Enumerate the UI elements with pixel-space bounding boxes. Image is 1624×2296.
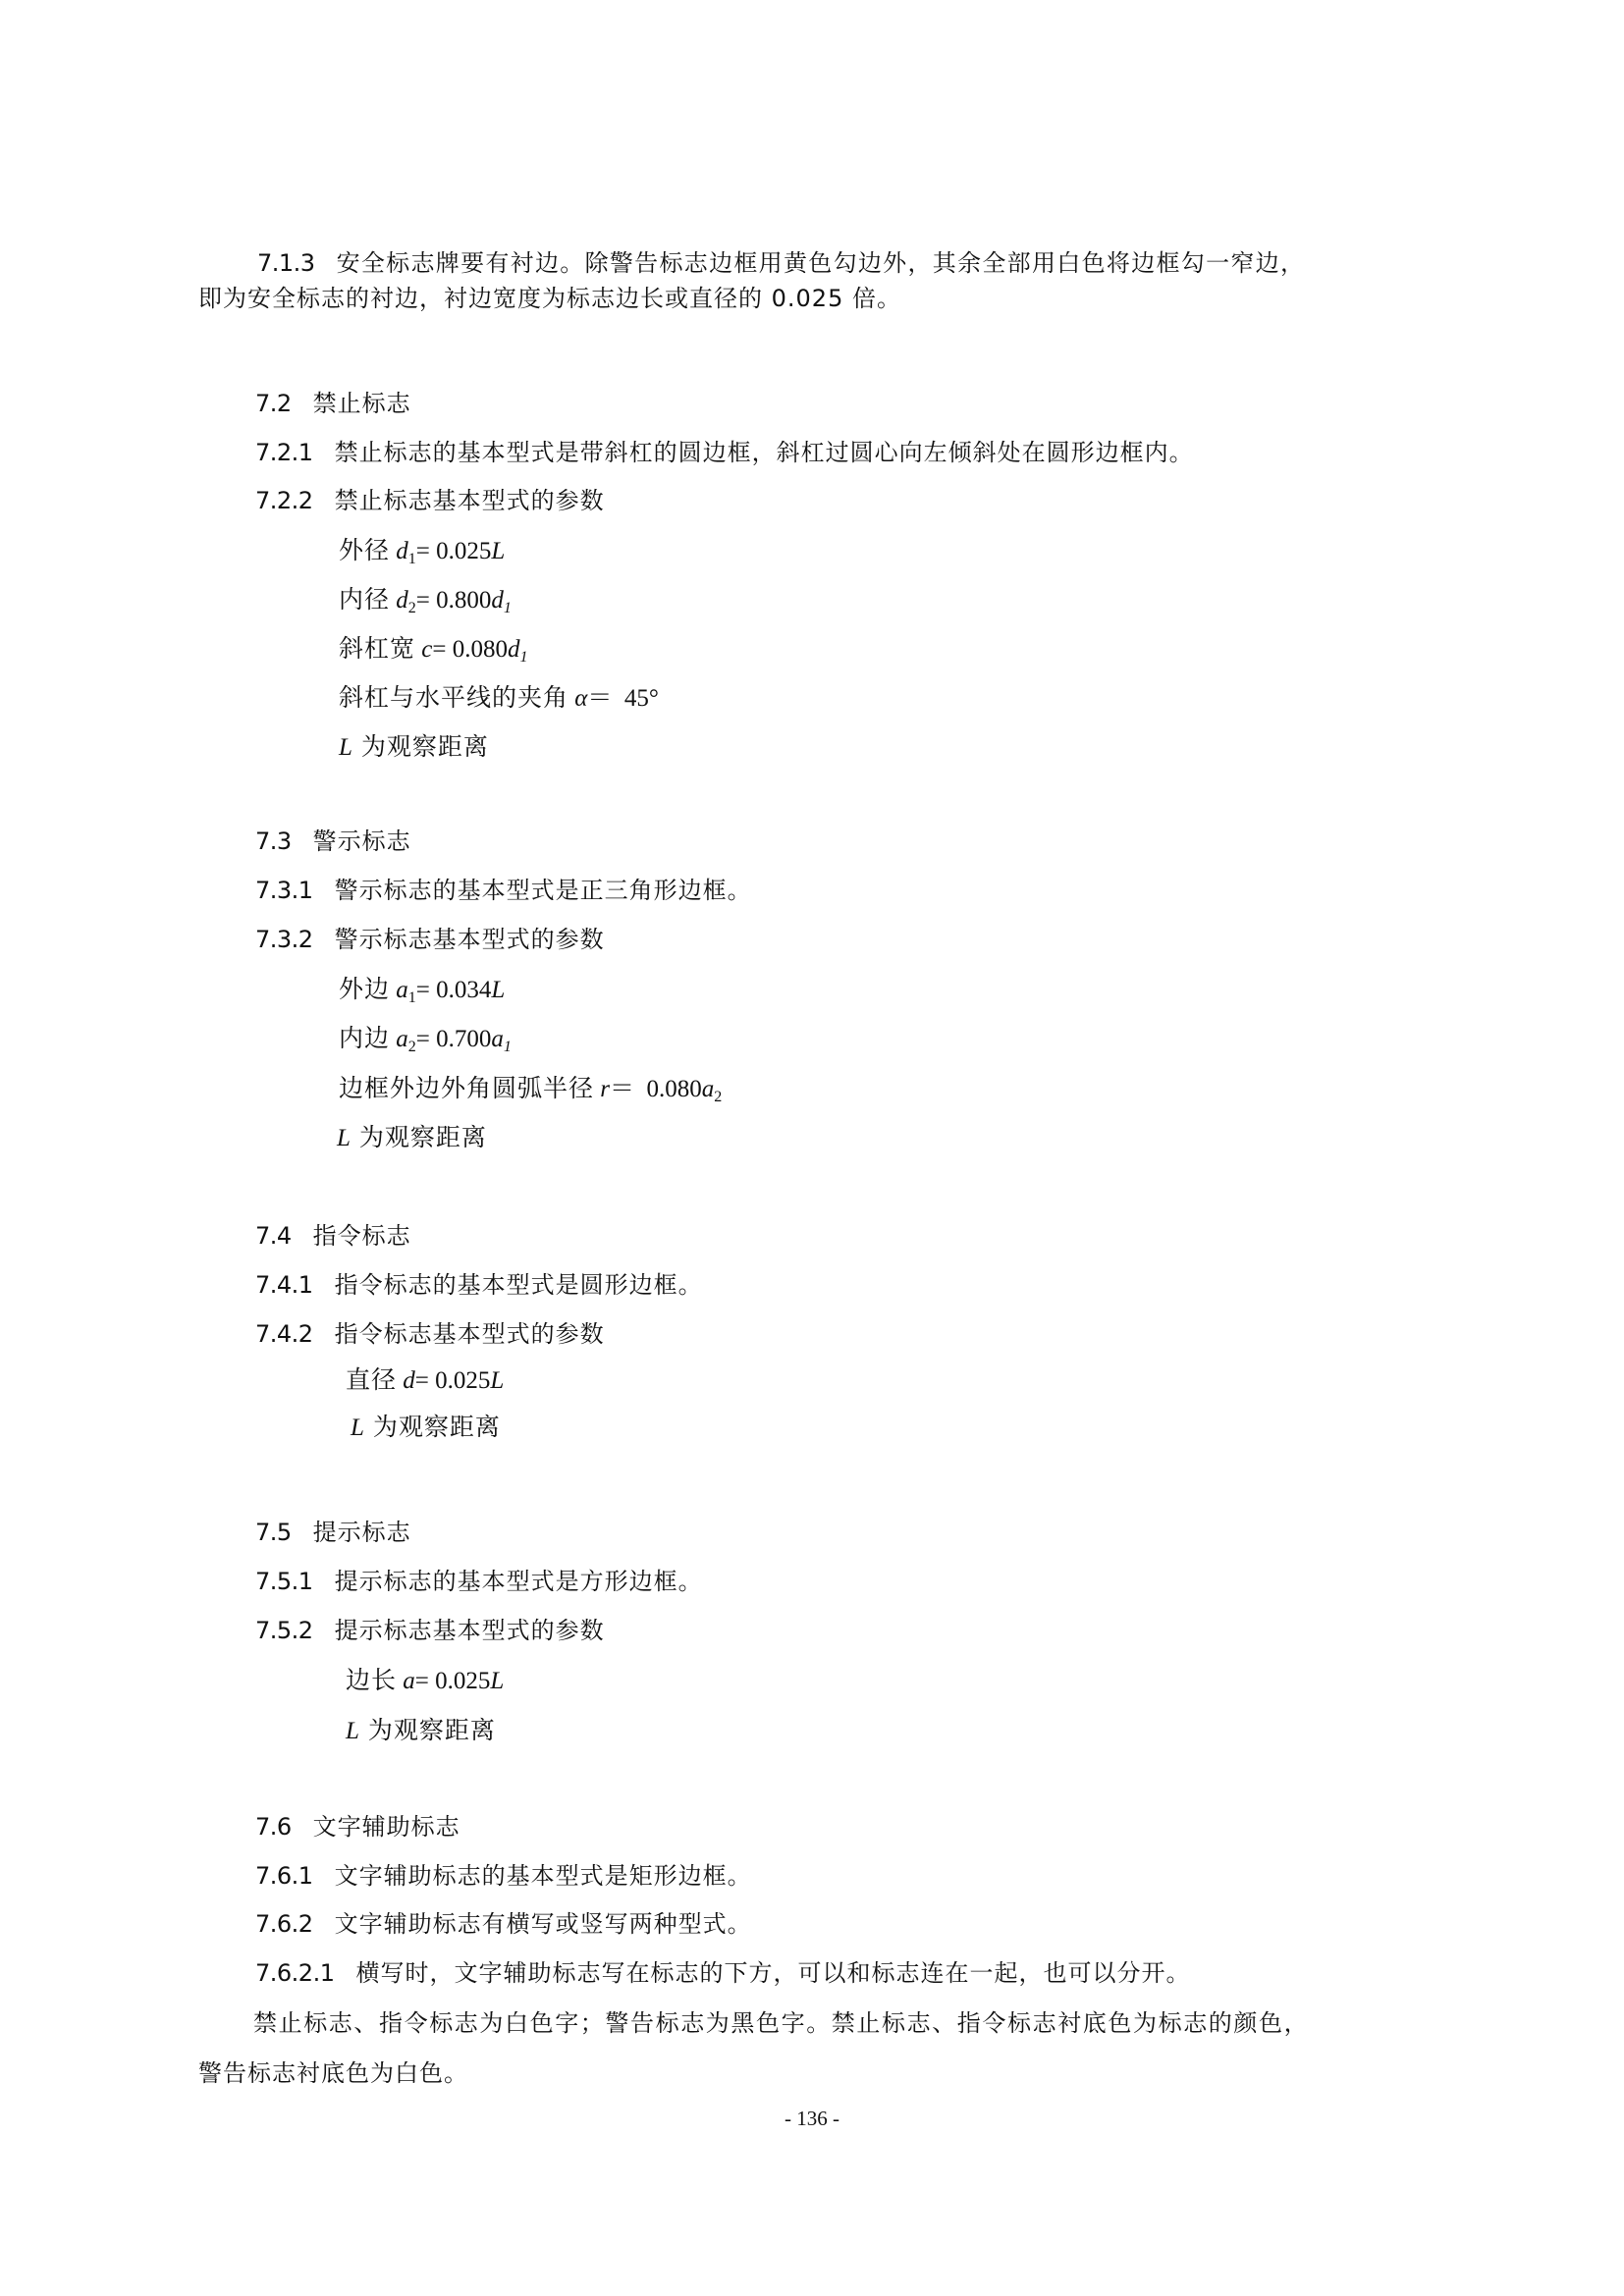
param-tail-var: L — [490, 1367, 504, 1394]
paragraph-line1: 禁止标志、指令标志为白色字；警告标志为黑色字。禁止标志、指令标志衬底色为标志的颜… — [253, 2008, 1309, 2038]
paragraph-text: 警告标志衬底色为白色。 — [198, 2059, 468, 2087]
param-inner-side: 内边 a2= 0.700a1 — [339, 1024, 512, 1054]
clause-number: 7.1.3 — [257, 249, 315, 277]
param-expr: = 0.025 — [415, 1367, 491, 1394]
clause-text: 禁止标志的基本型式是带斜杠的圆边框，斜杠过圆心向左倾斜处在圆形边框内。 — [335, 439, 1194, 466]
section-heading-7-2: 7.2禁止标志 — [255, 389, 411, 418]
param-diameter: 直径 d= 0.025L — [346, 1365, 504, 1396]
param-label: 边框外边外角圆弧半径 — [339, 1074, 594, 1102]
clause-number: 7.6.1 — [255, 1862, 313, 1890]
param-var: L — [339, 734, 352, 761]
param-tail-var: d — [508, 636, 520, 663]
param-sub: 1 — [408, 551, 416, 567]
clause-7-1-3-line2: 即为安全标志的衬边，衬边宽度为标志边长或直径的 0.025 倍。 — [198, 284, 901, 313]
clause-number: 7.6.2 — [255, 1910, 313, 1938]
param-observation-distance: L 为观察距离 — [351, 1413, 501, 1443]
param-expr: = 0.700 — [416, 1026, 492, 1052]
param-tail-sub: 2 — [714, 1089, 722, 1105]
param-var: d — [403, 1367, 415, 1394]
paragraph-text: 禁止标志、指令标志为白色字；警告标志为黑色字。禁止标志、指令标志衬底色为标志的颜… — [253, 2009, 1309, 2037]
section-number: 7.4 — [255, 1222, 292, 1250]
param-label: 直径 — [346, 1365, 397, 1394]
clause-number: 7.4.2 — [255, 1320, 313, 1348]
clause-text: 警示标志基本型式的参数 — [335, 926, 605, 953]
clause-text: 即为安全标志的衬边，衬边宽度为标志边长或直径的 0.025 倍。 — [198, 285, 901, 312]
clause-7-6-2-1: 7.6.2.1横写时，文字辅助标志写在标志的下方，可以和标志连在一起，也可以分开… — [255, 1958, 1190, 1988]
param-outer-diameter: 外径 d1= 0.025L — [339, 536, 505, 566]
page-number: - 136 - — [0, 2107, 1624, 2131]
clause-7-3-1: 7.3.1警示标志的基本型式是正三角形边框。 — [255, 876, 752, 905]
clause-number: 7.2.1 — [255, 439, 313, 466]
param-expr: = 0.025 — [415, 1668, 491, 1694]
section-number: 7.6 — [255, 1813, 292, 1841]
section-title: 警示标志 — [313, 828, 411, 855]
param-observation-distance: L 为观察距离 — [346, 1716, 496, 1746]
clause-text: 文字辅助标志的基本型式是矩形边框。 — [335, 1862, 752, 1890]
param-label: 外径 — [339, 536, 390, 564]
param-tail-var: L — [490, 1668, 504, 1694]
param-label: 内径 — [339, 585, 390, 614]
param-tail-sub: 1 — [504, 600, 512, 616]
section-title: 禁止标志 — [313, 390, 411, 417]
clause-7-2-1: 7.2.1禁止标志的基本型式是带斜杠的圆边框，斜杠过圆心向左倾斜处在圆形边框内。 — [255, 438, 1194, 467]
clause-text: 指令标志的基本型式是圆形边框。 — [335, 1271, 703, 1299]
param-sub: 1 — [408, 989, 416, 1006]
param-var: r — [600, 1076, 610, 1102]
section-title: 指令标志 — [313, 1222, 411, 1250]
clause-text: 禁止标志基本型式的参数 — [335, 487, 605, 514]
clause-number: 7.6.2.1 — [255, 1959, 334, 1987]
param-expr: 为观察距离 — [359, 1716, 496, 1744]
section-number: 7.5 — [255, 1519, 292, 1546]
clause-text: 指令标志基本型式的参数 — [335, 1320, 605, 1348]
param-expr: = 0.034 — [416, 977, 492, 1003]
param-tail-var: a — [491, 1026, 504, 1052]
param-bar-width: 斜杠宽 c= 0.080d1 — [339, 634, 527, 665]
clause-text: 横写时，文字辅助标志写在标志的下方，可以和标志连在一起，也可以分开。 — [355, 1959, 1190, 1987]
param-expr: = 0.025 — [416, 538, 492, 564]
param-tail-var: d — [491, 587, 504, 614]
param-label: 外边 — [339, 975, 390, 1003]
param-expr: 为观察距离 — [364, 1413, 501, 1441]
param-var: L — [337, 1125, 351, 1151]
param-corner-radius: 边框外边外角圆弧半径 r＝ 0.080a2 — [339, 1074, 722, 1104]
param-var: d — [396, 538, 408, 564]
param-expr: 为观察距离 — [351, 1123, 487, 1151]
param-tail-sub: 1 — [504, 1039, 512, 1055]
param-tail-var: L — [491, 977, 505, 1003]
clause-number: 7.3.1 — [255, 877, 313, 904]
clause-number: 7.5.2 — [255, 1617, 313, 1644]
param-tail-var: a — [702, 1076, 715, 1102]
param-var: a — [396, 977, 408, 1003]
section-heading-7-5: 7.5提示标志 — [255, 1518, 411, 1547]
param-observation-distance: L 为观察距离 — [339, 732, 489, 763]
clause-number: 7.5.1 — [255, 1568, 313, 1595]
param-expr: 为观察距离 — [352, 732, 489, 761]
param-expr: ＝ 0.080 — [610, 1076, 702, 1102]
param-sub: 2 — [408, 600, 416, 616]
param-expr: ＝ 45° — [587, 685, 659, 712]
param-var: L — [346, 1718, 359, 1744]
clause-number: 7.2.2 — [255, 487, 313, 514]
clause-7-5-1: 7.5.1提示标志的基本型式是方形边框。 — [255, 1567, 703, 1596]
clause-7-1-3-line1: 7.1.3安全标志牌要有衬边。除警告标志边框用黄色勾边外，其余全部用白色将边框勾… — [257, 248, 1305, 278]
section-heading-7-3: 7.3警示标志 — [255, 827, 411, 856]
param-var: a — [403, 1668, 415, 1694]
section-number: 7.2 — [255, 390, 292, 417]
section-heading-7-4: 7.4指令标志 — [255, 1221, 411, 1251]
paragraph-line2: 警告标志衬底色为白色。 — [198, 2058, 468, 2088]
clause-text: 安全标志牌要有衬边。除警告标志边框用黄色勾边外，其余全部用白色将边框勾一窄边， — [337, 249, 1306, 277]
clause-number: 7.3.2 — [255, 926, 313, 953]
param-observation-distance: L 为观察距离 — [337, 1123, 487, 1153]
param-var: L — [351, 1415, 364, 1441]
clause-7-6-1: 7.6.1文字辅助标志的基本型式是矩形边框。 — [255, 1861, 752, 1891]
param-tail-sub: 1 — [519, 649, 527, 666]
clause-7-3-2: 7.3.2警示标志基本型式的参数 — [255, 925, 605, 954]
section-heading-7-6: 7.6文字辅助标志 — [255, 1812, 460, 1842]
param-label: 斜杠与水平线的夹角 — [339, 683, 568, 712]
param-label: 斜杠宽 — [339, 634, 415, 663]
param-label: 内边 — [339, 1024, 390, 1052]
section-title: 提示标志 — [313, 1519, 411, 1546]
clause-7-6-2: 7.6.2文字辅助标志有横写或竖写两种型式。 — [255, 1909, 752, 1939]
clause-7-5-2: 7.5.2提示标志基本型式的参数 — [255, 1616, 605, 1645]
section-number: 7.3 — [255, 828, 292, 855]
clause-7-4-1: 7.4.1指令标志的基本型式是圆形边框。 — [255, 1270, 703, 1300]
param-inner-diameter: 内径 d2= 0.800d1 — [339, 585, 512, 615]
param-sub: 2 — [408, 1039, 416, 1055]
clause-text: 提示标志的基本型式是方形边框。 — [335, 1568, 703, 1595]
param-var: c — [421, 636, 432, 663]
param-var: d — [396, 587, 408, 614]
clause-7-2-2: 7.2.2禁止标志基本型式的参数 — [255, 486, 605, 515]
clause-text: 警示标志的基本型式是正三角形边框。 — [335, 877, 752, 904]
param-outer-side: 外边 a1= 0.034L — [339, 975, 505, 1005]
param-expr: = 0.800 — [416, 587, 492, 614]
param-side-length: 边长 a= 0.025L — [346, 1666, 504, 1696]
clause-text: 文字辅助标志有横写或竖写两种型式。 — [335, 1910, 752, 1938]
param-label: 边长 — [346, 1666, 397, 1694]
param-bar-angle: 斜杠与水平线的夹角 α＝ 45° — [339, 683, 659, 714]
param-tail-var: L — [491, 538, 505, 564]
param-expr: = 0.080 — [432, 636, 508, 663]
clause-text: 提示标志基本型式的参数 — [335, 1617, 605, 1644]
clause-number: 7.4.1 — [255, 1271, 313, 1299]
clause-7-4-2: 7.4.2指令标志基本型式的参数 — [255, 1319, 605, 1349]
section-title: 文字辅助标志 — [313, 1813, 460, 1841]
param-var: a — [396, 1026, 408, 1052]
param-var: α — [574, 685, 587, 712]
